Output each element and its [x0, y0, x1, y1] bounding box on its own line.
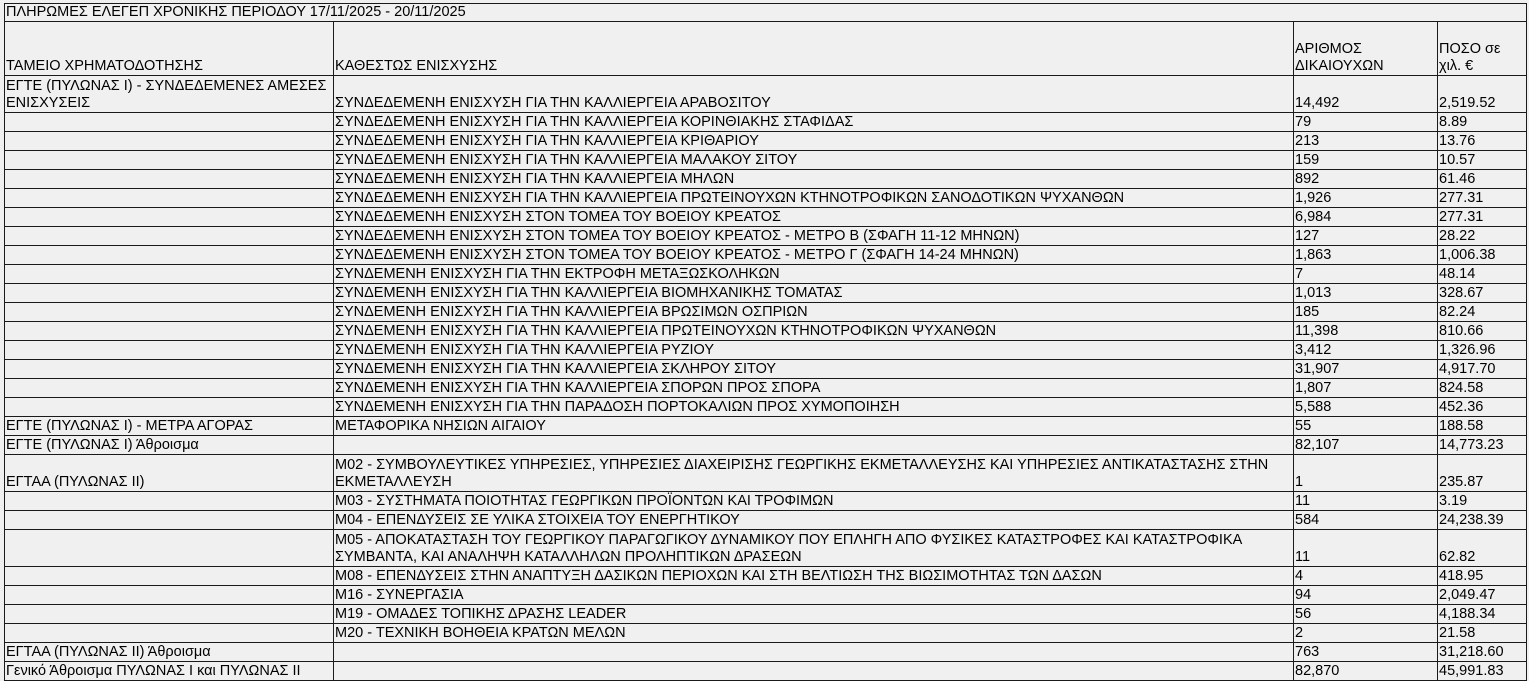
table-row: Μ05 - ΑΠΟΚΑΤΑΣΤΑΣΗ ΤΟΥ ΓΕΩΡΓΙΚΟΥ ΠΑΡΑΓΩΓ…: [5, 530, 1527, 567]
cell-fund: [5, 265, 334, 284]
cell-amount: 188.58: [1438, 417, 1527, 436]
cell-amount: 24,238.39: [1438, 511, 1527, 530]
cell-amount: 277.31: [1438, 208, 1527, 227]
table-row: ΣΥΝΔΕΜΕΝΗ ΕΝΙΣΧΥΣΗ ΓΙΑ ΤΗΝ ΚΑΛΛΙΕΡΓΕΙΑ Π…: [5, 322, 1527, 341]
table-row: ΣΥΝΔΕΔΕΜΕΝΗ ΕΝΙΣΧΥΣΗ ΓΙΑ ΤΗΝ ΚΑΛΛΙΕΡΓΕΙΑ…: [5, 170, 1527, 189]
table-row: ΣΥΝΔΕΜΕΝΗ ΕΝΙΣΧΥΣΗ ΓΙΑ ΤΗΝ ΚΑΛΛΙΕΡΓΕΙΑ Σ…: [5, 379, 1527, 398]
cell-beneficiaries: 159: [1294, 151, 1438, 170]
cell-beneficiaries: 3,412: [1294, 341, 1438, 360]
cell-scheme: Μ16 - ΣΥΝΕΡΓΑΣΙΑ: [334, 586, 1294, 605]
cell-amount: 28.22: [1438, 227, 1527, 246]
cell-beneficiaries: 1: [1294, 455, 1438, 492]
report-title-row: ΠΛΗΡΩΜΕΣ ΕΛΕΓΕΠ ΧΡΟΝΙΚΗΣ ΠΕΡΙΟΔΟΥ 17/11/…: [5, 4, 1527, 22]
cell-fund: [5, 530, 334, 567]
cell-fund: ΕΓΤΑΑ (ΠΥΛΩΝΑΣ ΙΙ): [5, 455, 334, 492]
cell-fund: [5, 360, 334, 379]
cell-fund: [5, 170, 334, 189]
cell-scheme: Μ04 - ΕΠΕΝΔΥΣΕΙΣ ΣΕ ΥΛΙΚΑ ΣΤΟΙΧΕΙΑ ΤΟΥ Ε…: [334, 511, 1294, 530]
cell-beneficiaries: 94: [1294, 586, 1438, 605]
cell-amount: 14,773.23: [1438, 436, 1527, 455]
report-title: ΠΛΗΡΩΜΕΣ ΕΛΕΓΕΠ ΧΡΟΝΙΚΗΣ ΠΕΡΙΟΔΟΥ 17/11/…: [5, 4, 1527, 22]
cell-scheme: ΣΥΝΔΕΜΕΝΗ ΕΝΙΣΧΥΣΗ ΓΙΑ ΤΗΝ ΕΚΤΡΟΦΗ ΜΕΤΑΞ…: [334, 265, 1294, 284]
cell-scheme: ΣΥΝΔΕΜΕΝΗ ΕΝΙΣΧΥΣΗ ΓΙΑ ΤΗΝ ΚΑΛΛΙΕΡΓΕΙΑ Β…: [334, 303, 1294, 322]
cell-amount: 45,991.83: [1438, 662, 1527, 681]
cell-fund: [5, 398, 334, 417]
cell-fund: [5, 341, 334, 360]
cell-scheme: Μ05 - ΑΠΟΚΑΤΑΣΤΑΣΗ ΤΟΥ ΓΕΩΡΓΙΚΟΥ ΠΑΡΑΓΩΓ…: [334, 530, 1294, 567]
cell-fund: [5, 284, 334, 303]
table-row: Μ08 - ΕΠΕΝΔΥΣΕΙΣ ΣΤΗΝ ΑΝΑΠΤΥΞΗ ΔΑΣΙΚΩΝ Π…: [5, 567, 1527, 586]
cell-amount: 1,006.38: [1438, 246, 1527, 265]
cell-amount: 824.58: [1438, 379, 1527, 398]
cell-fund: [5, 113, 334, 132]
cell-scheme: Μ03 - ΣΥΣΤΗΜΑΤΑ ΠΟΙΟΤΗΤΑΣ ΓΕΩΡΓΙΚΩΝ ΠΡΟΪ…: [334, 492, 1294, 511]
cell-amount: 48.14: [1438, 265, 1527, 284]
cell-fund: [5, 492, 334, 511]
cell-amount: 2,049.47: [1438, 586, 1527, 605]
table-row: Μ04 - ΕΠΕΝΔΥΣΕΙΣ ΣΕ ΥΛΙΚΑ ΣΤΟΙΧΕΙΑ ΤΟΥ Ε…: [5, 511, 1527, 530]
cell-scheme: Μ20 - ΤΕΧΝΙΚΗ ΒΟΗΘΕΙΑ ΚΡΑΤΩΝ ΜΕΛΩΝ: [334, 624, 1294, 643]
cell-fund: [5, 151, 334, 170]
cell-beneficiaries: 5,588: [1294, 398, 1438, 417]
cell-scheme: ΣΥΝΔΕΜΕΝΗ ΕΝΙΣΧΥΣΗ ΓΙΑ ΤΗΝ ΚΑΛΛΙΕΡΓΕΙΑ Σ…: [334, 360, 1294, 379]
table-row: ΣΥΝΔΕΜΕΝΗ ΕΝΙΣΧΥΣΗ ΓΙΑ ΤΗΝ ΚΑΛΛΙΕΡΓΕΙΑ Β…: [5, 284, 1527, 303]
cell-beneficiaries: 6,984: [1294, 208, 1438, 227]
cell-fund: [5, 624, 334, 643]
cell-beneficiaries: 11: [1294, 530, 1438, 567]
table-row: Μ20 - ΤΕΧΝΙΚΗ ΒΟΗΘΕΙΑ ΚΡΑΤΩΝ ΜΕΛΩΝ221.58: [5, 624, 1527, 643]
table-row: ΣΥΝΔΕΔΕΜΕΝΗ ΕΝΙΣΧΥΣΗ ΓΙΑ ΤΗΝ ΚΑΛΛΙΕΡΓΕΙΑ…: [5, 189, 1527, 208]
cell-scheme: Μ02 - ΣΥΜΒΟΥΛΕΥΤΙΚΕΣ ΥΠΗΡΕΣΙΕΣ, ΥΠΗΡΕΣΙΕ…: [334, 455, 1294, 492]
cell-beneficiaries: 11: [1294, 492, 1438, 511]
cell-fund: [5, 322, 334, 341]
table-row: Μ03 - ΣΥΣΤΗΜΑΤΑ ΠΟΙΟΤΗΤΑΣ ΓΕΩΡΓΙΚΩΝ ΠΡΟΪ…: [5, 492, 1527, 511]
cell-amount: 235.87: [1438, 455, 1527, 492]
table-row: ΣΥΝΔΕΔΕΜΕΝΗ ΕΝΙΣΧΥΣΗ ΣΤΟΝ ΤΟΜΕΑ ΤΟΥ ΒΟΕΙ…: [5, 227, 1527, 246]
cell-beneficiaries: 1,013: [1294, 284, 1438, 303]
cell-scheme: ΣΥΝΔΕΔΕΜΕΝΗ ΕΝΙΣΧΥΣΗ ΣΤΟΝ ΤΟΜΕΑ ΤΟΥ ΒΟΕΙ…: [334, 208, 1294, 227]
payments-report-table: ΠΛΗΡΩΜΕΣ ΕΛΕΓΕΠ ΧΡΟΝΙΚΗΣ ΠΕΡΙΟΔΟΥ 17/11/…: [4, 3, 1527, 681]
table-row: ΣΥΝΔΕΜΕΝΗ ΕΝΙΣΧΥΣΗ ΓΙΑ ΤΗΝ ΚΑΛΛΙΕΡΓΕΙΑ Σ…: [5, 360, 1527, 379]
table-row: ΣΥΝΔΕΔΕΜΕΝΗ ΕΝΙΣΧΥΣΗ ΓΙΑ ΤΗΝ ΚΑΛΛΙΕΡΓΕΙΑ…: [5, 151, 1527, 170]
cell-fund: [5, 208, 334, 227]
table-row: ΣΥΝΔΕΜΕΝΗ ΕΝΙΣΧΥΣΗ ΓΙΑ ΤΗΝ ΕΚΤΡΟΦΗ ΜΕΤΑΞ…: [5, 265, 1527, 284]
cell-fund: [5, 586, 334, 605]
cell-fund: ΕΓΤΕ (ΠΥΛΩΝΑΣ Ι) - ΜΕΤΡΑ ΑΓΟΡΑΣ: [5, 417, 334, 436]
cell-amount: 810.66: [1438, 322, 1527, 341]
table-row: ΣΥΝΔΕΜΕΝΗ ΕΝΙΣΧΥΣΗ ΓΙΑ ΤΗΝ ΚΑΛΛΙΕΡΓΕΙΑ Ρ…: [5, 341, 1527, 360]
table-row: Μ19 - ΟΜΑΔΕΣ ΤΟΠΙΚΗΣ ΔΡΑΣΗΣ LEADER564,18…: [5, 605, 1527, 624]
cell-scheme: ΣΥΝΔΕΔΕΜΕΝΗ ΕΝΙΣΧΥΣΗ ΓΙΑ ΤΗΝ ΚΑΛΛΙΕΡΓΕΙΑ…: [334, 170, 1294, 189]
cell-scheme: Μ08 - ΕΠΕΝΔΥΣΕΙΣ ΣΤΗΝ ΑΝΑΠΤΥΞΗ ΔΑΣΙΚΩΝ Π…: [334, 567, 1294, 586]
cell-fund: [5, 379, 334, 398]
cell-scheme: ΜΕΤΑΦΟΡΙΚΑ ΝΗΣΙΩΝ ΑΙΓΑΙΟΥ: [334, 417, 1294, 436]
cell-beneficiaries: 763: [1294, 643, 1438, 662]
cell-amount: 21.58: [1438, 624, 1527, 643]
table-row: ΣΥΝΔΕΔΕΜΕΝΗ ΕΝΙΣΧΥΣΗ ΣΤΟΝ ΤΟΜΕΑ ΤΟΥ ΒΟΕΙ…: [5, 246, 1527, 265]
cell-amount: 4,188.34: [1438, 605, 1527, 624]
cell-fund: [5, 227, 334, 246]
cell-scheme: [334, 643, 1294, 662]
cell-scheme: Μ19 - ΟΜΑΔΕΣ ΤΟΠΙΚΗΣ ΔΡΑΣΗΣ LEADER: [334, 605, 1294, 624]
cell-beneficiaries: 82,870: [1294, 662, 1438, 681]
cell-amount: 418.95: [1438, 567, 1527, 586]
cell-amount: 10.57: [1438, 151, 1527, 170]
cell-fund: [5, 189, 334, 208]
header-row: ΤΑΜΕΙΟ ΧΡΗΜΑΤΟΔΟΤΗΣΗΣ ΚΑΘΕΣΤΩΣ ΕΝΙΣΧΥΣΗΣ…: [5, 22, 1527, 76]
column-header-beneficiaries: ΑΡΙΘΜΟΣ ΔΙΚΑΙΟΥΧΩΝ: [1294, 22, 1438, 76]
cell-scheme: ΣΥΝΔΕΜΕΝΗ ΕΝΙΣΧΥΣΗ ΓΙΑ ΤΗΝ ΚΑΛΛΙΕΡΓΕΙΑ Ρ…: [334, 341, 1294, 360]
cell-amount: 8.89: [1438, 113, 1527, 132]
cell-fund: ΕΓΤΕ (ΠΥΛΩΝΑΣ Ι) - ΣΥΝΔΕΔΕΜΕΝΕΣ ΑΜΕΣΕΣ Ε…: [5, 76, 334, 113]
table-row: ΕΓΤΕ (ΠΥΛΩΝΑΣ Ι) Άθροισμα82,10714,773.23: [5, 436, 1527, 455]
cell-amount: 4,917.70: [1438, 360, 1527, 379]
cell-amount: 1,326.96: [1438, 341, 1527, 360]
cell-beneficiaries: 584: [1294, 511, 1438, 530]
cell-scheme: ΣΥΝΔΕΔΕΜΕΝΗ ΕΝΙΣΧΥΣΗ ΓΙΑ ΤΗΝ ΚΑΛΛΙΕΡΓΕΙΑ…: [334, 132, 1294, 151]
cell-fund: [5, 511, 334, 530]
cell-amount: 328.67: [1438, 284, 1527, 303]
cell-amount: 2,519.52: [1438, 76, 1527, 113]
cell-scheme: ΣΥΝΔΕΜΕΝΗ ΕΝΙΣΧΥΣΗ ΓΙΑ ΤΗΝ ΚΑΛΛΙΕΡΓΕΙΑ Β…: [334, 284, 1294, 303]
cell-fund: Γενικό Άθροισμα ΠΥΛΩΝΑΣ Ι και ΠΥΛΩΝΑΣ ΙΙ: [5, 662, 334, 681]
cell-scheme: ΣΥΝΔΕΔΕΜΕΝΗ ΕΝΙΣΧΥΣΗ ΓΙΑ ΤΗΝ ΚΑΛΛΙΕΡΓΕΙΑ…: [334, 76, 1294, 113]
table-row: ΣΥΝΔΕΔΕΜΕΝΗ ΕΝΙΣΧΥΣΗ ΓΙΑ ΤΗΝ ΚΑΛΛΙΕΡΓΕΙΑ…: [5, 113, 1527, 132]
cell-beneficiaries: 11,398: [1294, 322, 1438, 341]
cell-amount: 452.36: [1438, 398, 1527, 417]
table-row: ΣΥΝΔΕΔΕΜΕΝΗ ΕΝΙΣΧΥΣΗ ΣΤΟΝ ΤΟΜΕΑ ΤΟΥ ΒΟΕΙ…: [5, 208, 1527, 227]
cell-beneficiaries: 55: [1294, 417, 1438, 436]
table-row: ΣΥΝΔΕΜΕΝΗ ΕΝΙΣΧΥΣΗ ΓΙΑ ΤΗΝ ΠΑΡΑΔΟΣΗ ΠΟΡΤ…: [5, 398, 1527, 417]
column-header-fund: ΤΑΜΕΙΟ ΧΡΗΜΑΤΟΔΟΤΗΣΗΣ: [5, 22, 334, 76]
cell-scheme: ΣΥΝΔΕΜΕΝΗ ΕΝΙΣΧΥΣΗ ΓΙΑ ΤΗΝ ΚΑΛΛΙΕΡΓΕΙΑ Π…: [334, 322, 1294, 341]
cell-beneficiaries: 127: [1294, 227, 1438, 246]
cell-fund: [5, 605, 334, 624]
cell-fund: [5, 132, 334, 151]
column-header-amount: ΠΟΣΟ σε χιλ. €: [1438, 22, 1527, 76]
column-header-scheme: ΚΑΘΕΣΤΩΣ ΕΝΙΣΧΥΣΗΣ: [334, 22, 1294, 76]
cell-amount: 82.24: [1438, 303, 1527, 322]
cell-fund: ΕΓΤΕ (ΠΥΛΩΝΑΣ Ι) Άθροισμα: [5, 436, 334, 455]
cell-beneficiaries: 7: [1294, 265, 1438, 284]
cell-scheme: [334, 662, 1294, 681]
table-row: ΣΥΝΔΕΔΕΜΕΝΗ ΕΝΙΣΧΥΣΗ ΓΙΑ ΤΗΝ ΚΑΛΛΙΕΡΓΕΙΑ…: [5, 132, 1527, 151]
cell-beneficiaries: 56: [1294, 605, 1438, 624]
cell-scheme: [334, 436, 1294, 455]
cell-amount: 277.31: [1438, 189, 1527, 208]
cell-scheme: ΣΥΝΔΕΜΕΝΗ ΕΝΙΣΧΥΣΗ ΓΙΑ ΤΗΝ ΚΑΛΛΙΕΡΓΕΙΑ Σ…: [334, 379, 1294, 398]
cell-beneficiaries: 1,807: [1294, 379, 1438, 398]
cell-amount: 62.82: [1438, 530, 1527, 567]
cell-amount: 31,218.60: [1438, 643, 1527, 662]
table-row: Γενικό Άθροισμα ΠΥΛΩΝΑΣ Ι και ΠΥΛΩΝΑΣ ΙΙ…: [5, 662, 1527, 681]
cell-scheme: ΣΥΝΔΕΔΕΜΕΝΗ ΕΝΙΣΧΥΣΗ ΣΤΟΝ ΤΟΜΕΑ ΤΟΥ ΒΟΕΙ…: [334, 227, 1294, 246]
cell-scheme: ΣΥΝΔΕΔΕΜΕΝΗ ΕΝΙΣΧΥΣΗ ΓΙΑ ΤΗΝ ΚΑΛΛΙΕΡΓΕΙΑ…: [334, 189, 1294, 208]
table-row: ΕΓΤΑΑ (ΠΥΛΩΝΑΣ ΙΙ) Άθροισμα76331,218.60: [5, 643, 1527, 662]
cell-fund: ΕΓΤΑΑ (ΠΥΛΩΝΑΣ ΙΙ) Άθροισμα: [5, 643, 334, 662]
cell-beneficiaries: 892: [1294, 170, 1438, 189]
cell-beneficiaries: 213: [1294, 132, 1438, 151]
cell-beneficiaries: 1,926: [1294, 189, 1438, 208]
cell-beneficiaries: 14,492: [1294, 76, 1438, 113]
cell-scheme: ΣΥΝΔΕΔΕΜΕΝΗ ΕΝΙΣΧΥΣΗ ΣΤΟΝ ΤΟΜΕΑ ΤΟΥ ΒΟΕΙ…: [334, 246, 1294, 265]
cell-beneficiaries: 82,107: [1294, 436, 1438, 455]
cell-beneficiaries: 4: [1294, 567, 1438, 586]
cell-beneficiaries: 31,907: [1294, 360, 1438, 379]
table-row: Μ16 - ΣΥΝΕΡΓΑΣΙΑ942,049.47: [5, 586, 1527, 605]
table-row: ΕΓΤΑΑ (ΠΥΛΩΝΑΣ ΙΙ)Μ02 - ΣΥΜΒΟΥΛΕΥΤΙΚΕΣ Υ…: [5, 455, 1527, 492]
cell-scheme: ΣΥΝΔΕΔΕΜΕΝΗ ΕΝΙΣΧΥΣΗ ΓΙΑ ΤΗΝ ΚΑΛΛΙΕΡΓΕΙΑ…: [334, 113, 1294, 132]
cell-beneficiaries: 185: [1294, 303, 1438, 322]
cell-amount: 3.19: [1438, 492, 1527, 511]
cell-scheme: ΣΥΝΔΕΔΕΜΕΝΗ ΕΝΙΣΧΥΣΗ ΓΙΑ ΤΗΝ ΚΑΛΛΙΕΡΓΕΙΑ…: [334, 151, 1294, 170]
cell-fund: [5, 567, 334, 586]
cell-fund: [5, 303, 334, 322]
table-row: ΣΥΝΔΕΜΕΝΗ ΕΝΙΣΧΥΣΗ ΓΙΑ ΤΗΝ ΚΑΛΛΙΕΡΓΕΙΑ Β…: [5, 303, 1527, 322]
cell-scheme: ΣΥΝΔΕΜΕΝΗ ΕΝΙΣΧΥΣΗ ΓΙΑ ΤΗΝ ΠΑΡΑΔΟΣΗ ΠΟΡΤ…: [334, 398, 1294, 417]
cell-beneficiaries: 79: [1294, 113, 1438, 132]
cell-beneficiaries: 2: [1294, 624, 1438, 643]
table-row: ΕΓΤΕ (ΠΥΛΩΝΑΣ Ι) - ΜΕΤΡΑ ΑΓΟΡΑΣΜΕΤΑΦΟΡΙΚ…: [5, 417, 1527, 436]
cell-beneficiaries: 1,863: [1294, 246, 1438, 265]
table-row: ΕΓΤΕ (ΠΥΛΩΝΑΣ Ι) - ΣΥΝΔΕΔΕΜΕΝΕΣ ΑΜΕΣΕΣ Ε…: [5, 76, 1527, 113]
cell-amount: 13.76: [1438, 132, 1527, 151]
cell-fund: [5, 246, 334, 265]
cell-amount: 61.46: [1438, 170, 1527, 189]
